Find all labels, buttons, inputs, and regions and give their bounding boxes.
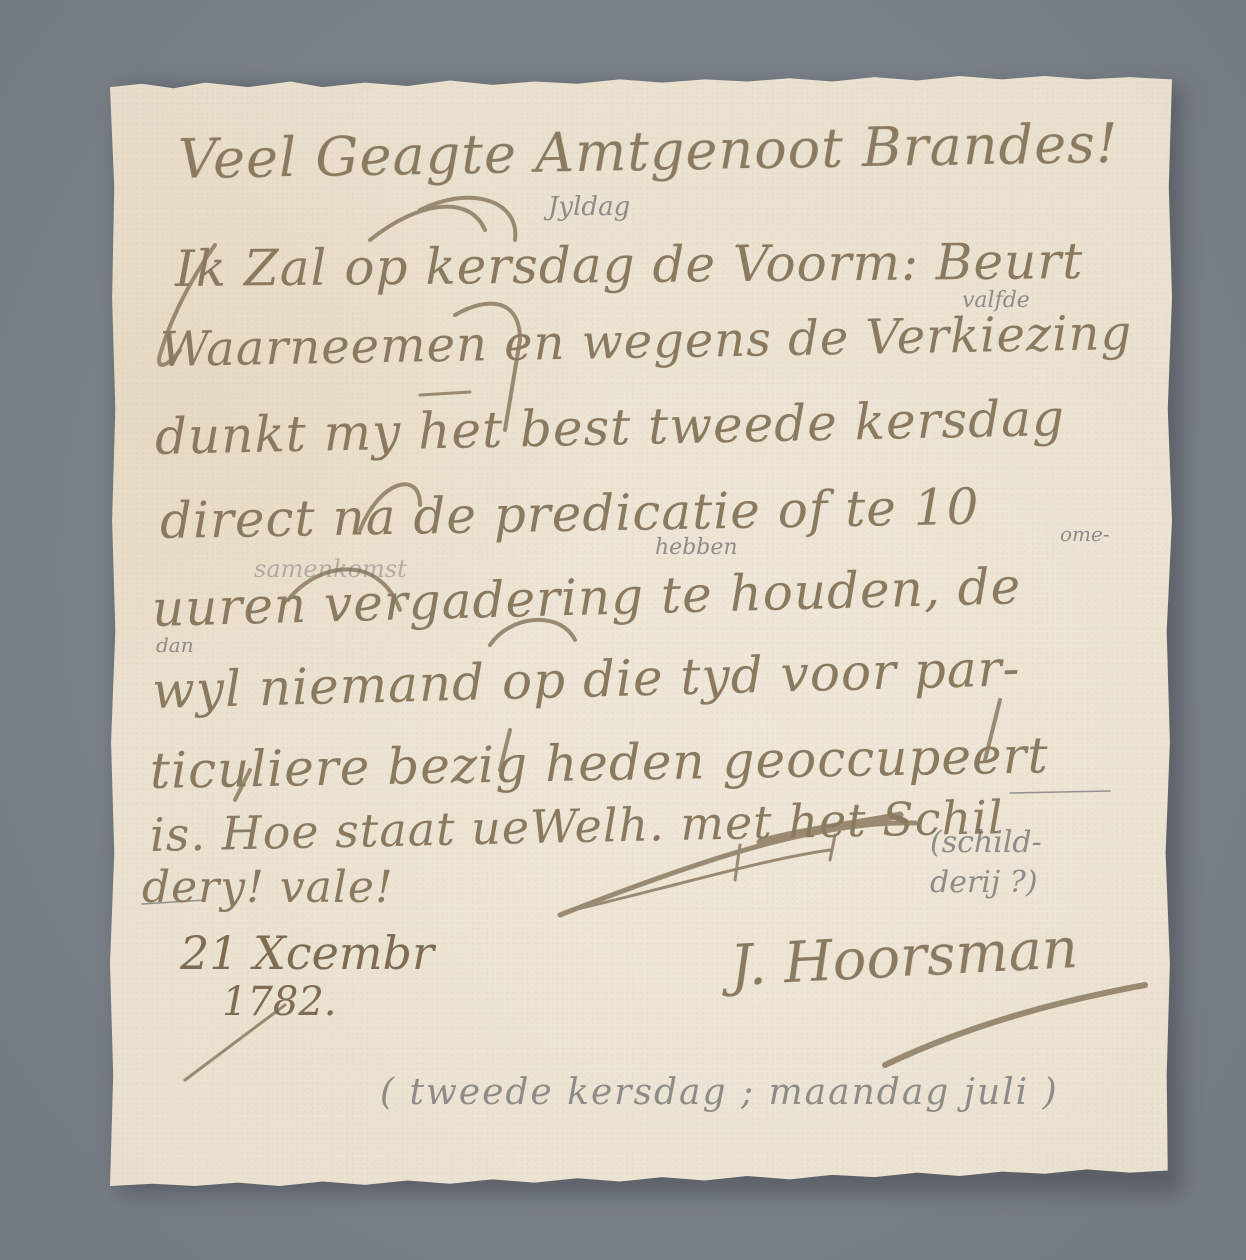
- pencil-note-above-verkiezing: valfde: [962, 288, 1030, 313]
- pencil-note-above-wyl: dan: [156, 633, 194, 657]
- body-line-9: dery! vale!: [142, 862, 394, 913]
- date-year: 1782.: [222, 982, 337, 1022]
- photo-stage: Veel Geagte Amtgenoot Brandes! Ik Zal op…: [0, 0, 1246, 1260]
- pencil-note-above-kersdag: Jyldag: [548, 192, 630, 222]
- date-day-month: 21 Xcembr: [180, 930, 434, 976]
- pencil-footer-note: ( tweede kersdag ; maandag juli ): [380, 1072, 1059, 1113]
- pencil-note-above-houden: hebben: [655, 535, 738, 560]
- pencil-note-schilderij-1: (schild-: [930, 825, 1042, 860]
- pencil-note-above-vergadering: samenkomst: [254, 555, 407, 583]
- pencil-note-margin-ome: ome-: [1060, 522, 1110, 546]
- body-line-1: Ik Zal op kersdag de Voorm: Beurt: [175, 232, 1084, 298]
- pencil-note-schilderij-2: derij ?): [930, 865, 1038, 900]
